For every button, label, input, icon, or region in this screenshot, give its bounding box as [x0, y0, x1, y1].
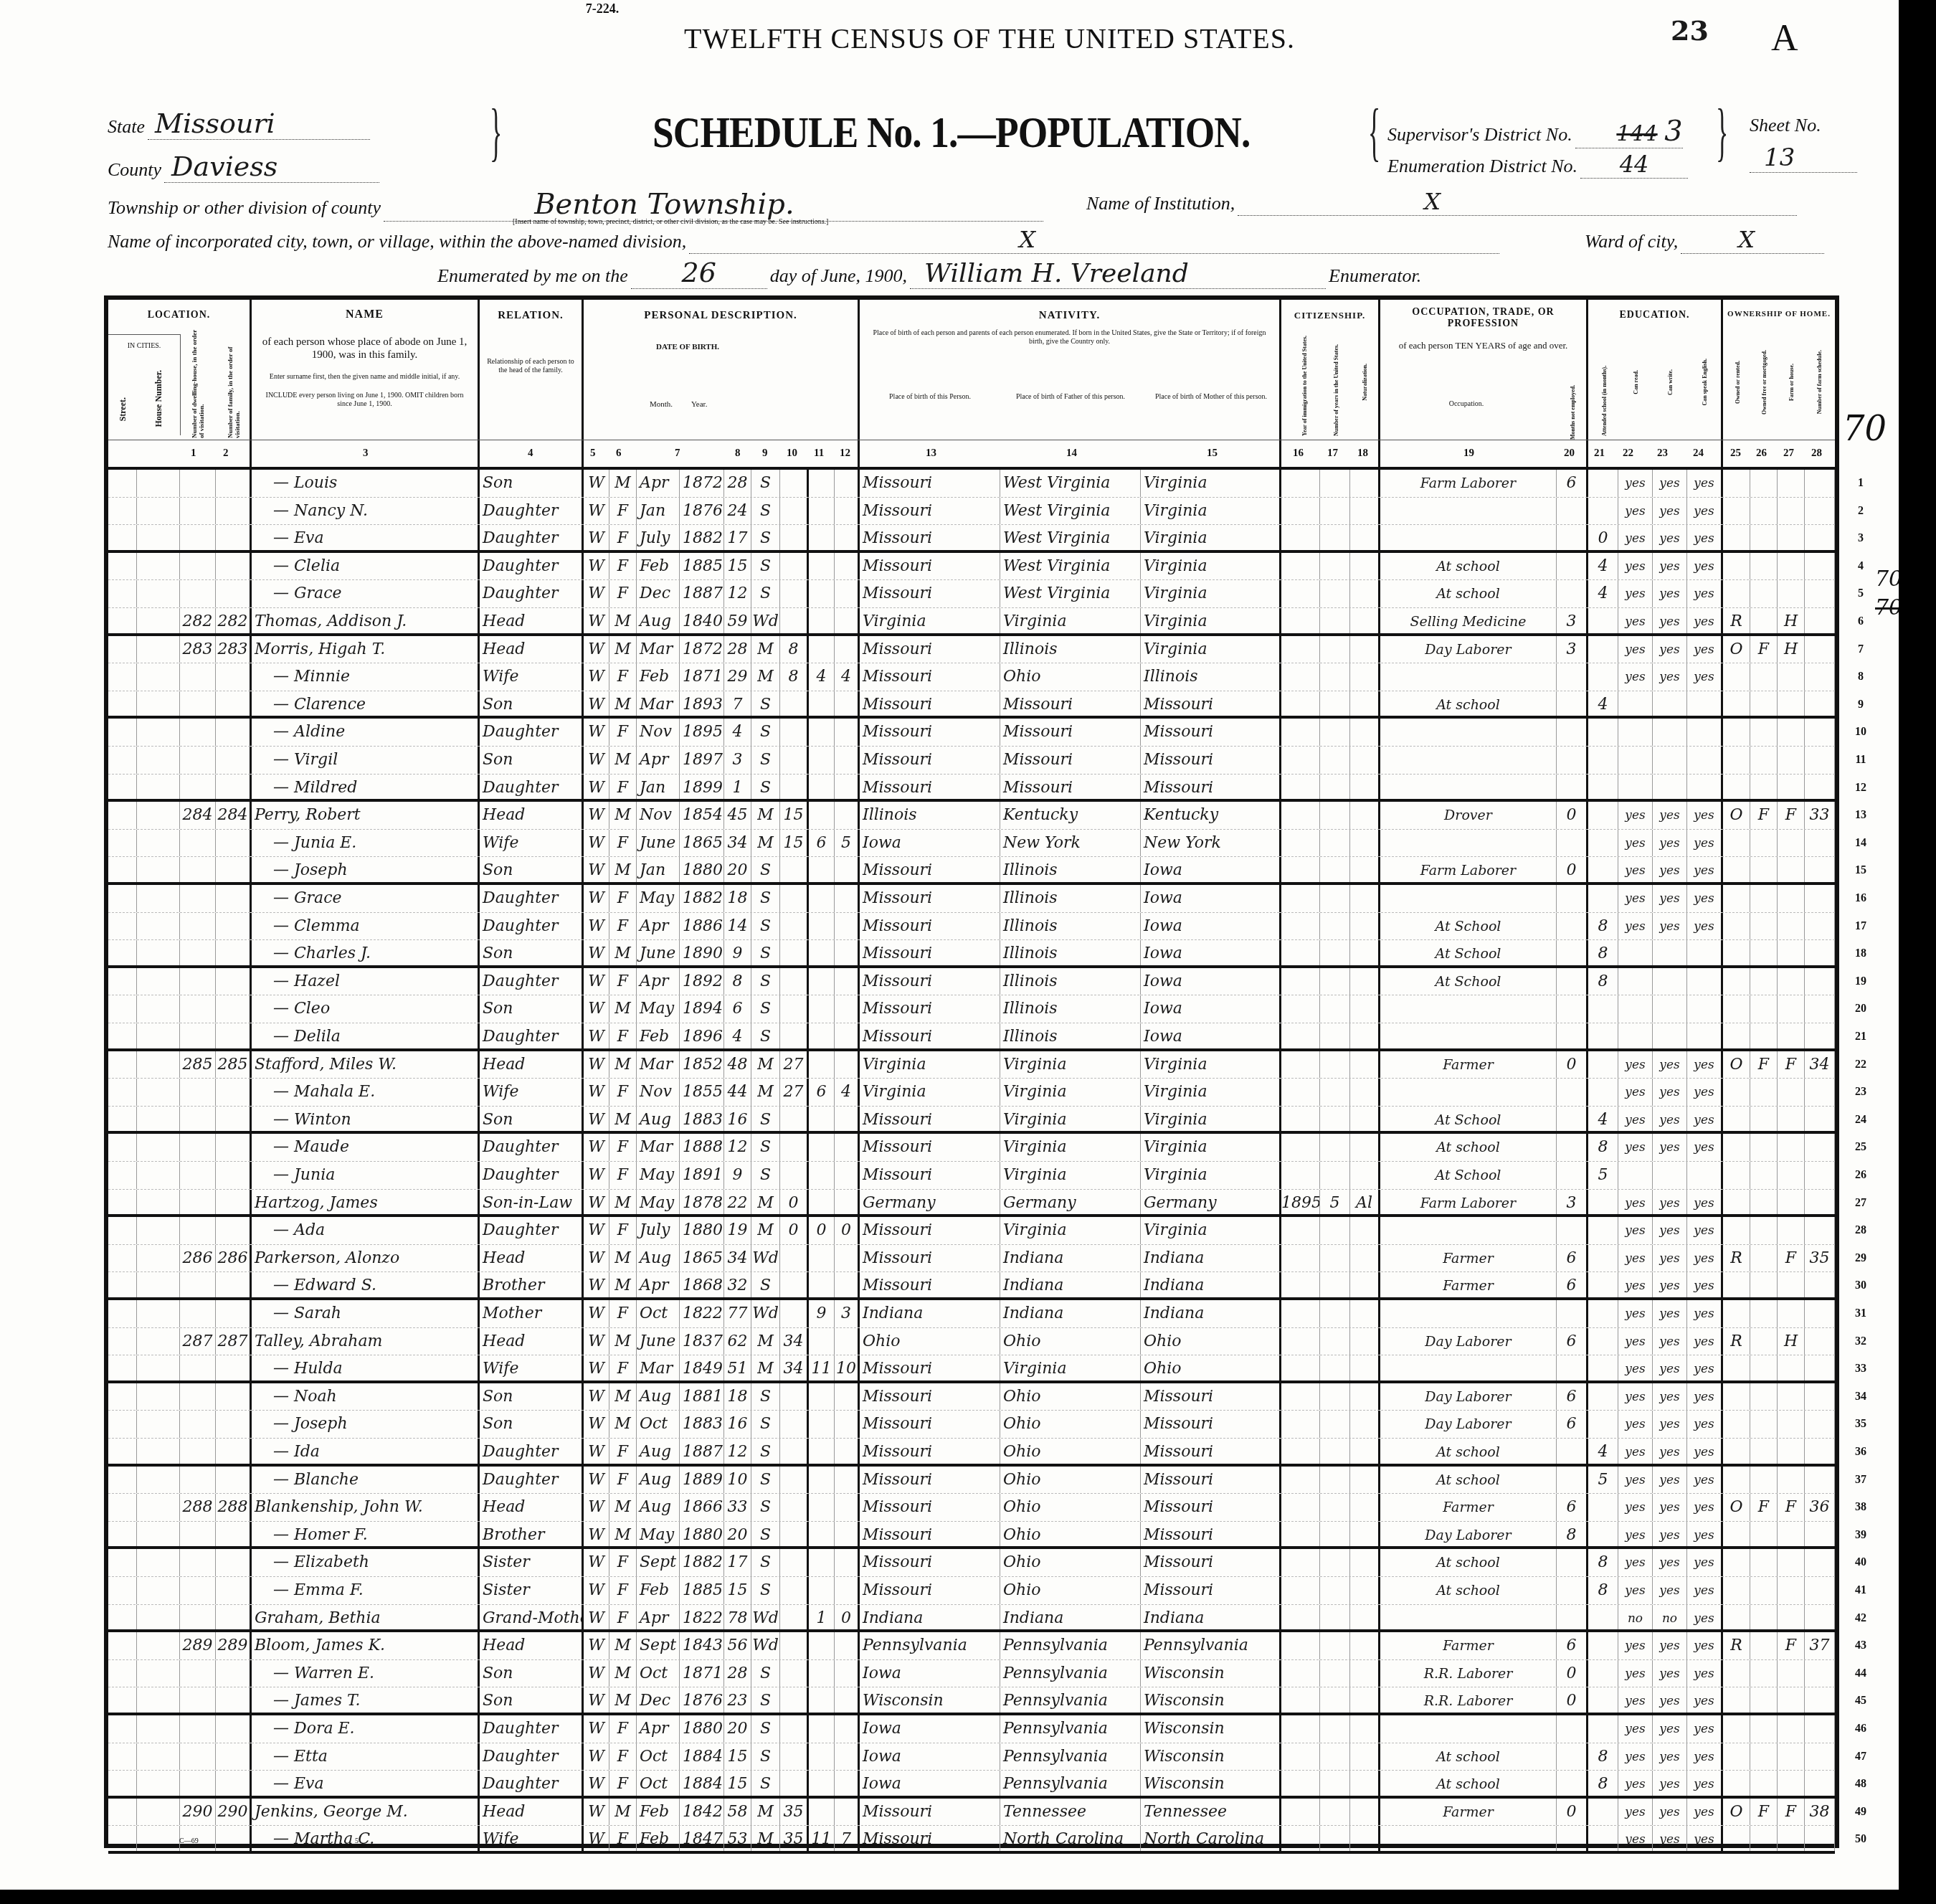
cell-age: 10: [724, 1467, 751, 1494]
cell-bf: West Virginia: [1000, 498, 1141, 525]
cell-name: — James T.: [252, 1687, 480, 1713]
cell-mu: [1557, 663, 1588, 691]
cell-read: [1618, 719, 1653, 746]
cell-fs: [1805, 857, 1835, 882]
cell-name: — Ida: [252, 1439, 480, 1464]
cell-sch: 8: [1588, 1743, 1618, 1771]
institution-field: Name of Institution, X: [1086, 188, 1797, 216]
cell-bf: North Carolina: [1000, 1826, 1141, 1851]
cell-read: yes: [1618, 1328, 1653, 1355]
cell-house: [137, 802, 180, 829]
cell-mar: M: [751, 1051, 780, 1079]
cell-fh: [1778, 1272, 1805, 1297]
cell-fs: [1805, 636, 1835, 663]
cell-bm: New York: [1141, 830, 1281, 857]
cell-nat: [1350, 1494, 1380, 1521]
cell-occ: [1380, 747, 1557, 774]
cell-fm: [1750, 1715, 1778, 1743]
cell-mu: 6: [1557, 470, 1588, 497]
cell-name: — Edward S.: [252, 1272, 480, 1297]
cell-sch: 4: [1588, 580, 1618, 607]
cell-fs: [1805, 1217, 1835, 1244]
cell-year: 1887: [680, 1439, 724, 1464]
cell-month: Oct: [637, 1411, 680, 1438]
cell-age: 15: [724, 1771, 751, 1796]
cell-age: 1: [724, 775, 751, 800]
nativity-desc: Place of birth of each person and parent…: [870, 329, 1269, 346]
cell-month: Feb: [637, 553, 680, 580]
cell-eng: yes: [1687, 1134, 1723, 1161]
cell-nat: [1350, 580, 1380, 607]
cell-eng: yes: [1687, 1245, 1723, 1272]
cell-bp: Missouri: [860, 1522, 1000, 1547]
cell-or: [1723, 1660, 1750, 1687]
table-row: — GraceDaughterWFMay188218SMissouriIllin…: [108, 885, 1835, 913]
cell-ym: 27: [780, 1051, 809, 1079]
cell-age: 48: [724, 1051, 751, 1079]
cell-house: [137, 1467, 180, 1494]
cell-yus: [1320, 1272, 1350, 1297]
cell-year: 1843: [680, 1632, 724, 1659]
cell-rel: Daughter: [480, 580, 584, 607]
can-speak-english-header: Can speak English.: [1702, 359, 1708, 406]
colnum-6: 6: [616, 447, 622, 460]
cell-bf: Kentucky: [1000, 802, 1141, 829]
cell-color: W: [584, 1300, 609, 1327]
cell-moc: [809, 1411, 835, 1438]
cell-imm: [1281, 1687, 1320, 1713]
cell-dw: [180, 1300, 216, 1327]
cell-write: yes: [1653, 1107, 1687, 1132]
cell-yus: [1320, 1107, 1350, 1132]
table-row: — DelilaDaughterWFFeb18964SMissouriIllin…: [108, 1023, 1835, 1051]
cell-mu: 3: [1557, 608, 1588, 633]
cell-name: Parkerson, Alonzo: [252, 1245, 480, 1272]
cell-cl: [835, 580, 860, 607]
cell-mar: S: [751, 885, 780, 912]
line-number: 22: [1846, 1058, 1875, 1071]
cell-street: [108, 1549, 137, 1576]
cell-fm: [1750, 1771, 1778, 1796]
cell-nat: [1350, 747, 1380, 774]
cell-moc: [809, 1051, 835, 1079]
cell-rel: Son: [480, 470, 584, 497]
cell-read: [1618, 1162, 1653, 1189]
cell-write: yes: [1653, 470, 1687, 497]
cell-occ: [1380, 1355, 1557, 1380]
cell-eng: [1687, 719, 1723, 746]
cell-sex: M: [609, 1245, 637, 1272]
cell-sch: [1588, 802, 1618, 829]
cell-cl: [835, 802, 860, 829]
cell-house: [137, 995, 180, 1023]
cell-name: — Cleo: [252, 995, 480, 1023]
enumerated-day: 26: [631, 257, 767, 289]
cell-fs: [1805, 885, 1835, 912]
cell-name: — Virgil: [252, 747, 480, 774]
cell-rel: Son: [480, 1660, 584, 1687]
cell-nat: [1350, 885, 1380, 912]
cell-rel: Daughter: [480, 885, 584, 912]
cell-yus: [1320, 498, 1350, 525]
cell-occ: Day Laborer: [1380, 1522, 1557, 1547]
cell-year: 1822: [680, 1300, 724, 1327]
line-number: 21: [1846, 1031, 1875, 1043]
cell-yus: [1320, 1245, 1350, 1272]
cell-month: Mar: [637, 691, 680, 716]
cell-bp: Virginia: [860, 608, 1000, 633]
line-number: 46: [1846, 1723, 1875, 1735]
line-number: 44: [1846, 1667, 1875, 1680]
cell-imm: [1281, 1300, 1320, 1327]
citizenship-label: CITIZENSHIP.: [1281, 310, 1378, 321]
cell-moc: [809, 691, 835, 716]
cell-color: W: [584, 553, 609, 580]
cell-eng: [1687, 691, 1723, 716]
sheet-no-label: Sheet No.: [1750, 115, 1821, 136]
cell-mu: [1557, 968, 1588, 995]
cell-eng: yes: [1687, 1743, 1723, 1771]
cell-cl: 7: [835, 1826, 860, 1851]
cell-yus: [1320, 1051, 1350, 1079]
colnum-21: 21: [1594, 447, 1605, 460]
cell-rel: Daughter: [480, 1162, 584, 1189]
cell-rel: Son: [480, 1107, 584, 1132]
cell-house: [137, 719, 180, 746]
cell-bp: Iowa: [860, 830, 1000, 857]
cell-fs: [1805, 1107, 1835, 1132]
table-row: — Martha C.WifeWFFeb184753M35117Missouri…: [108, 1826, 1835, 1854]
cell-sex: F: [609, 1300, 637, 1327]
cell-age: 45: [724, 802, 751, 829]
cell-month: Aug: [637, 1245, 680, 1272]
cell-moc: 11: [809, 1826, 835, 1851]
cell-dw: [180, 1023, 216, 1048]
cell-read: [1618, 775, 1653, 800]
cell-fm: [1750, 747, 1778, 774]
cell-moc: [809, 995, 835, 1023]
cell-age: 18: [724, 885, 751, 912]
cell-cl: [835, 1328, 860, 1355]
cell-sch: [1588, 1272, 1618, 1297]
cell-year: 1882: [680, 885, 724, 912]
personal-label: PERSONAL DESCRIPTION.: [584, 310, 858, 322]
cell-fam: [216, 1439, 252, 1464]
cell-fm: [1750, 1411, 1778, 1438]
cell-read: [1618, 691, 1653, 716]
cell-write: yes: [1653, 1383, 1687, 1411]
cell-or: [1723, 1134, 1750, 1161]
cell-nat: [1350, 691, 1380, 716]
cell-house: [137, 1107, 180, 1132]
cell-mar: Wd: [751, 1300, 780, 1327]
cell-moc: [809, 553, 835, 580]
cell-fh: [1778, 1162, 1805, 1189]
cell-fam: [216, 1079, 252, 1106]
cell-color: W: [584, 1660, 609, 1687]
cell-read: [1618, 995, 1653, 1023]
table-row: — Dora E.DaughterWFApr188020SIowaPennsyl…: [108, 1715, 1835, 1743]
colnum-2: 2: [223, 447, 229, 460]
cell-cl: [835, 1190, 860, 1215]
name-instr2: INCLUDE every person living on June 1, 1…: [259, 392, 470, 409]
cell-sex: M: [609, 1632, 637, 1659]
cell-name: — Eva: [252, 525, 480, 550]
cell-write: yes: [1653, 580, 1687, 607]
sheet-letter: A: [1771, 17, 1798, 60]
cell-house: [137, 913, 180, 940]
table-row: — CleoSonWMMay18946SMissouriIllinoisIowa: [108, 995, 1835, 1023]
cell-sch: 5: [1588, 1162, 1618, 1189]
county-field: County Daviess: [108, 151, 379, 183]
cell-imm: [1281, 1577, 1320, 1604]
cell-bp: Missouri: [860, 470, 1000, 497]
cell-mu: [1557, 525, 1588, 550]
cell-moc: [809, 470, 835, 497]
cell-age: 34: [724, 1245, 751, 1272]
cell-age: 15: [724, 553, 751, 580]
cell-mu: [1557, 1107, 1588, 1132]
cell-bm: Tennessee: [1141, 1799, 1281, 1826]
colnum-12: 12: [840, 447, 850, 460]
cell-eng: yes: [1687, 1051, 1723, 1079]
cell-bm: Missouri: [1141, 1411, 1281, 1438]
cell-bp: Missouri: [860, 691, 1000, 716]
cell-occ: Day Laborer: [1380, 1411, 1557, 1438]
cell-rel: Daughter: [480, 1134, 584, 1161]
cell-cl: 4: [835, 1079, 860, 1106]
line-number: 42: [1846, 1612, 1875, 1625]
line-number: 50: [1846, 1833, 1875, 1846]
cell-imm: [1281, 636, 1320, 663]
cell-bf: Pennsylvania: [1000, 1660, 1141, 1687]
cell-mar: S: [751, 995, 780, 1023]
street-header: Street.: [118, 397, 128, 421]
cell-yus: [1320, 1383, 1350, 1411]
cell-moc: [809, 857, 835, 882]
cell-color: W: [584, 747, 609, 774]
cell-fh: [1778, 553, 1805, 580]
cell-month: Feb: [637, 1023, 680, 1048]
cell-sex: F: [609, 1715, 637, 1743]
cell-dw: [180, 1549, 216, 1576]
cell-mar: Wd: [751, 1245, 780, 1272]
cell-house: [137, 1023, 180, 1048]
cell-mar: S: [751, 1107, 780, 1132]
cell-fm: [1750, 1272, 1778, 1297]
cell-fam: [216, 1023, 252, 1048]
cell-imm: [1281, 1522, 1320, 1547]
cell-year: 1852: [680, 1051, 724, 1079]
cell-color: W: [584, 1439, 609, 1464]
cell-bf: Virginia: [1000, 608, 1141, 633]
cell-age: 53: [724, 1826, 751, 1851]
cell-rel: Wife: [480, 1355, 584, 1380]
cell-name: — Clemma: [252, 913, 480, 940]
cell-mu: [1557, 1605, 1588, 1630]
cell-fm: [1750, 1577, 1778, 1604]
cell-mar: S: [751, 1383, 780, 1411]
cell-fs: [1805, 719, 1835, 746]
cell-street: [108, 1355, 137, 1380]
cell-dw: [180, 1355, 216, 1380]
cell-sch: [1588, 1605, 1618, 1630]
cell-fs: [1805, 940, 1835, 965]
cell-fh: [1778, 719, 1805, 746]
cell-dw: [180, 1660, 216, 1687]
cell-bm: North Carolina: [1141, 1826, 1281, 1851]
cell-dw: [180, 580, 216, 607]
cell-occ: Farmer: [1380, 1272, 1557, 1297]
table-row: — SarahMotherWFOct182277Wd93IndianaIndia…: [108, 1300, 1835, 1328]
cell-moc: [809, 608, 835, 633]
owned-free-header: Owned free or mortgaged.: [1761, 350, 1767, 415]
cell-fh: [1778, 885, 1805, 912]
cell-street: [108, 636, 137, 663]
cell-mu: [1557, 1549, 1588, 1576]
cell-occ: [1380, 775, 1557, 800]
cell-year: 1880: [680, 857, 724, 882]
cell-fam: [216, 1272, 252, 1297]
cell-month: Nov: [637, 802, 680, 829]
cell-fm: [1750, 719, 1778, 746]
cell-moc: 6: [809, 1079, 835, 1106]
cell-mar: S: [751, 580, 780, 607]
cell-house: [137, 580, 180, 607]
cell-cl: [835, 1107, 860, 1132]
cell-occ: Farmer: [1380, 1632, 1557, 1659]
enumeration-district-field: Enumeration District No. 44: [1387, 151, 1688, 179]
cell-fs: [1805, 1134, 1835, 1161]
cell-dw: 282: [180, 608, 216, 633]
ward-value: X: [1681, 226, 1824, 254]
ownership-label: OWNERSHIP OF HOME.: [1723, 310, 1835, 318]
cell-fs: [1805, 663, 1835, 691]
cell-ym: [780, 885, 809, 912]
cell-year: 1882: [680, 1549, 724, 1576]
cell-age: 28: [724, 1660, 751, 1687]
cell-sex: F: [609, 553, 637, 580]
cell-mu: [1557, 553, 1588, 580]
cell-house: [137, 1826, 180, 1851]
cell-write: [1653, 691, 1687, 716]
cell-yus: [1320, 1439, 1350, 1464]
footer-small-number: 5: [355, 1837, 359, 1845]
cell-imm: [1281, 775, 1320, 800]
cell-house: [137, 1660, 180, 1687]
form-number: 7-224.: [541, 1, 663, 16]
cell-yus: [1320, 1660, 1350, 1687]
cell-imm: [1281, 1715, 1320, 1743]
cell-age: 4: [724, 1023, 751, 1048]
cell-sch: [1588, 1245, 1618, 1272]
cell-occ: [1380, 498, 1557, 525]
cell-nat: [1350, 719, 1380, 746]
cell-bf: Indiana: [1000, 1605, 1141, 1630]
cell-eng: [1687, 995, 1723, 1023]
cell-month: Mar: [637, 1051, 680, 1079]
cell-sex: F: [609, 1162, 637, 1189]
cell-yus: [1320, 1522, 1350, 1547]
cell-sex: F: [609, 1826, 637, 1851]
cell-cl: [835, 940, 860, 965]
cell-bp: Missouri: [860, 1355, 1000, 1380]
cell-bf: Pennsylvania: [1000, 1771, 1141, 1796]
cell-eng: yes: [1687, 1605, 1723, 1630]
cell-write: [1653, 747, 1687, 774]
cell-fh: [1778, 1383, 1805, 1411]
margin-note-top: 70: [1843, 409, 1887, 449]
cell-sch: [1588, 470, 1618, 497]
table-row: 289289Bloom, James K.HeadWMSept184356WdP…: [108, 1632, 1835, 1660]
cell-sch: 8: [1588, 1134, 1618, 1161]
cell-color: W: [584, 1272, 609, 1297]
cell-house: [137, 1522, 180, 1547]
cell-year: 1855: [680, 1079, 724, 1106]
cell-sch: 0: [1588, 525, 1618, 550]
cell-dw: 288: [180, 1494, 216, 1521]
cell-name: Morris, Higah T.: [252, 636, 480, 663]
cell-yus: [1320, 1079, 1350, 1106]
cell-year: 1884: [680, 1743, 724, 1771]
cell-rel: Son: [480, 940, 584, 965]
cell-read: yes: [1618, 913, 1653, 940]
cell-bm: Virginia: [1141, 470, 1281, 497]
cell-fm: [1750, 1107, 1778, 1132]
cell-eng: yes: [1687, 913, 1723, 940]
cell-month: Dec: [637, 580, 680, 607]
cell-street: [108, 691, 137, 716]
cell-house: [137, 1577, 180, 1604]
cell-sch: [1588, 995, 1618, 1023]
colnum-3: 3: [363, 447, 369, 460]
owned-rented-header: Owned or rented.: [1735, 361, 1741, 404]
cell-age: 9: [724, 1162, 751, 1189]
cell-fm: [1750, 1660, 1778, 1687]
cell-fs: [1805, 1715, 1835, 1743]
cell-fam: 285: [216, 1051, 252, 1079]
cell-write: yes: [1653, 1190, 1687, 1215]
cell-nat: [1350, 498, 1380, 525]
cell-fam: [216, 1217, 252, 1244]
cell-mar: M: [751, 1190, 780, 1215]
cell-sch: 4: [1588, 691, 1618, 716]
cell-sex: M: [609, 1411, 637, 1438]
cell-bf: Missouri: [1000, 775, 1141, 800]
cell-ym: 8: [780, 636, 809, 663]
cell-rel: Son: [480, 691, 584, 716]
cell-dw: [180, 719, 216, 746]
cell-write: yes: [1653, 1494, 1687, 1521]
cell-color: W: [584, 940, 609, 965]
cell-mu: [1557, 1023, 1588, 1048]
cell-house: [137, 1383, 180, 1411]
cell-bm: Iowa: [1141, 885, 1281, 912]
cell-imm: [1281, 1162, 1320, 1189]
cell-nat: [1350, 1355, 1380, 1380]
cell-moc: 9: [809, 1300, 835, 1327]
brace-open: }: [1368, 100, 1380, 165]
cell-age: 58: [724, 1799, 751, 1826]
cell-bm: Indiana: [1141, 1605, 1281, 1630]
cell-or: O: [1723, 1494, 1750, 1521]
cell-read: yes: [1618, 1439, 1653, 1464]
cell-ym: 35: [780, 1826, 809, 1851]
table-row: — JosephSonWMJan188020SMissouriIllinoisI…: [108, 857, 1835, 885]
cell-moc: 1: [809, 1605, 835, 1630]
cell-fam: [216, 691, 252, 716]
line-number: 35: [1846, 1418, 1875, 1431]
